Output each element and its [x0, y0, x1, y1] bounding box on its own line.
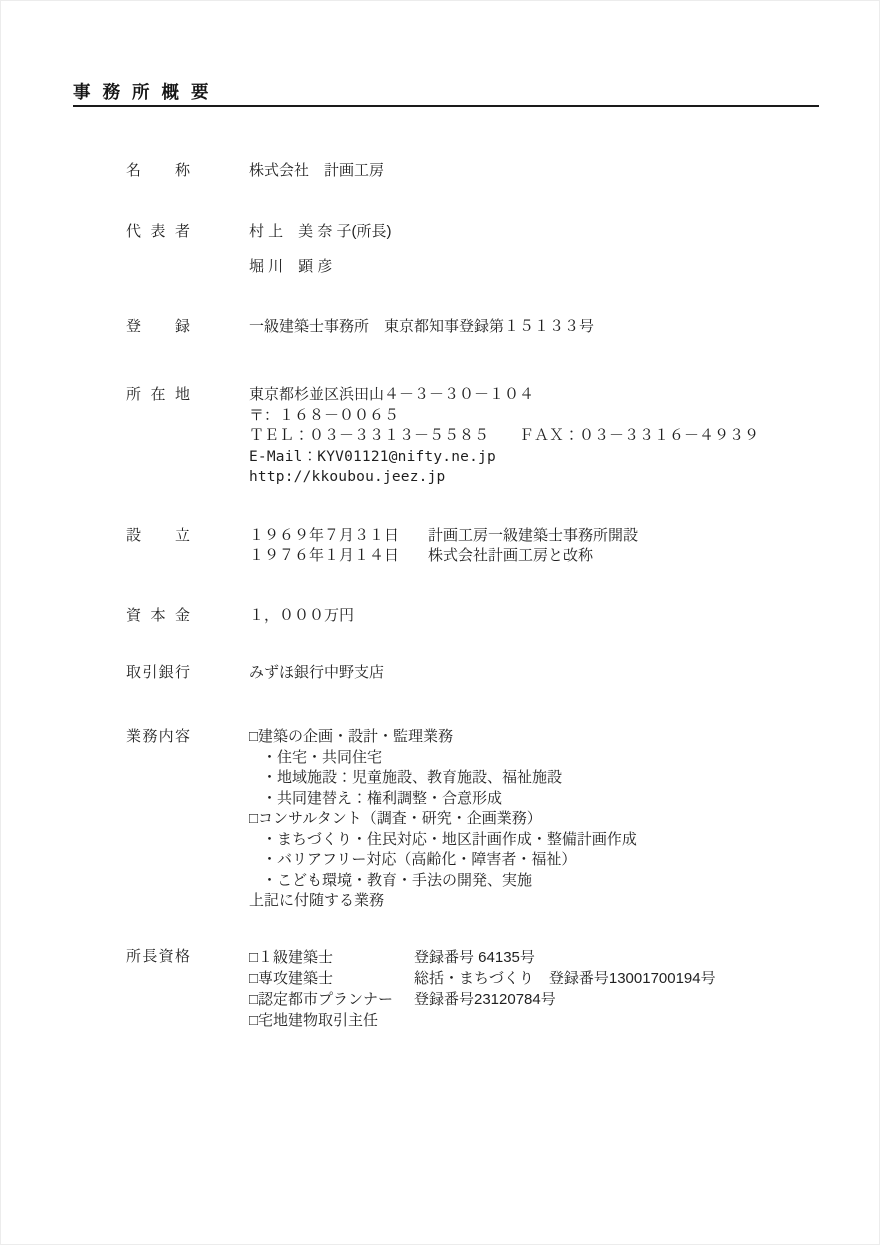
field-label-cell: 所長資格: [126, 947, 249, 967]
field-label: 登録: [126, 317, 190, 337]
address-street: 東京都杉並区浜田山４－３－３０－１０４: [249, 385, 879, 406]
field-label-cell: 所在地: [126, 385, 249, 405]
field-value-cell: １，０００万円: [249, 606, 879, 626]
representative-name-2: 堀 川 顕 彦: [249, 257, 879, 277]
address-website-url: http://kkoubou.jeez.jp: [249, 467, 879, 488]
representative-name-1: 村 上 美 奈 子(所長): [249, 222, 879, 242]
field-value-cell: 村 上 美 奈 子(所長) 堀 川 顕 彦: [249, 222, 879, 277]
section-established: 設立 １９６９年７月３１日 計画工房一級建築士事務所開設 １９７６年１月１４日 …: [1, 526, 879, 566]
section-qualifications: 所長資格 □１級建築士 登録番号 64135号 □専攻建築士 総括・まちづくり …: [1, 947, 879, 1031]
bank-value: みずほ銀行中野支店: [249, 663, 879, 683]
field-label: 代表者: [126, 222, 190, 242]
address-postal-code: 〒：１６８－００６５: [249, 406, 879, 427]
page-title: 事務所概要: [73, 82, 221, 102]
field-label-cell: 名称: [126, 161, 249, 181]
qualification-row: □認定都市プランナー 登録番号23120784号: [249, 989, 879, 1010]
field-value-cell: 株式会社 計画工房: [249, 161, 879, 181]
field-label-cell: 取引銀行: [126, 663, 249, 683]
service-item: □コンサルタント（調査・研究・企画業務）: [249, 809, 879, 830]
qualification-detail: 登録番号 64135号: [414, 947, 879, 968]
service-item: 上記に付随する業務: [249, 891, 879, 912]
field-label-cell: 資本金: [126, 606, 249, 626]
service-item: ・地域施設：児童施設、教育施設、福祉施設: [249, 768, 879, 789]
qualification-title: □専攻建築士: [249, 968, 414, 989]
document-page: 事務所概要 名称 株式会社 計画工房 代表者 村 上 美 奈 子(所長) 堀 川…: [0, 0, 880, 1245]
address-tel-fax: ＴＥＬ：０３－３３１３－５５８５ ＦＡＸ：０３－３３１６－４９３９: [249, 426, 879, 447]
capital-value: １，０００万円: [249, 606, 879, 626]
field-label: 資本金: [126, 606, 190, 626]
field-value-cell: 東京都杉並区浜田山４－３－３０－１０４ 〒：１６８－００６５ ＴＥＬ：０３－３３…: [249, 385, 879, 488]
established-event: 計画工房一級建築士事務所開設: [428, 526, 879, 546]
field-label: 所在地: [126, 385, 190, 405]
field-label-cell: 代表者: [126, 222, 249, 242]
service-item: ・共同建替え：権利調整・合意形成: [249, 789, 879, 810]
service-item: ・まちづくり・住民対応・地区計画作成・整備計画作成: [249, 830, 879, 851]
qualification-row: □専攻建築士 総括・まちづくり 登録番号13001700194号: [249, 968, 879, 989]
field-value-cell: １９６９年７月３１日 計画工房一級建築士事務所開設 １９７６年１月１４日 株式会…: [249, 526, 879, 566]
field-value-cell: みずほ銀行中野支店: [249, 663, 879, 683]
service-item: □建築の企画・設計・監理業務: [249, 727, 879, 748]
company-name-value: 株式会社 計画工房: [249, 161, 879, 181]
qualification-detail: 登録番号23120784号: [414, 989, 879, 1010]
qualification-title: □認定都市プランナー: [249, 989, 414, 1010]
field-label: 名称: [126, 161, 190, 181]
qualification-detail: [414, 1010, 879, 1031]
qualification-row: □宅地建物取引主任: [249, 1010, 879, 1031]
qualification-title: □宅地建物取引主任: [249, 1010, 414, 1031]
established-row: １９６９年７月３１日 計画工房一級建築士事務所開設: [249, 526, 879, 546]
field-label: 取引銀行: [126, 663, 190, 683]
field-label-cell: 登録: [126, 317, 249, 337]
registration-value: 一級建築士事務所 東京都知事登録第１５１３３号: [249, 317, 879, 337]
field-label: 所長資格: [126, 947, 190, 967]
section-bank: 取引銀行 みずほ銀行中野支店: [1, 663, 879, 683]
service-item: ・バリアフリー対応（高齢化・障害者・福祉）: [249, 850, 879, 871]
document-header: 事務所概要: [73, 83, 819, 107]
established-date: １９６９年７月３１日: [249, 526, 428, 546]
service-item: ・住宅・共同住宅: [249, 748, 879, 769]
section-services: 業務内容 □建築の企画・設計・監理業務 ・住宅・共同住宅 ・地域施設：児童施設、…: [1, 727, 879, 912]
section-representative: 代表者 村 上 美 奈 子(所長) 堀 川 顕 彦: [1, 222, 879, 277]
field-label: 設立: [126, 526, 190, 546]
qualification-detail: 総括・まちづくり 登録番号13001700194号: [414, 968, 879, 989]
section-company-name: 名称 株式会社 計画工房: [1, 161, 879, 181]
section-capital: 資本金 １，０００万円: [1, 606, 879, 626]
section-registration: 登録 一級建築士事務所 東京都知事登録第１５１３３号: [1, 317, 879, 337]
qualification-row: □１級建築士 登録番号 64135号: [249, 947, 879, 968]
service-item: ・こども環境・教育・手法の開発、実施: [249, 871, 879, 892]
established-date: １９７６年１月１４日: [249, 546, 428, 566]
established-event: 株式会社計画工房と改称: [428, 546, 879, 566]
section-address: 所在地 東京都杉並区浜田山４－３－３０－１０４ 〒：１６８－００６５ ＴＥＬ：０…: [1, 385, 879, 488]
address-email: E-Mail：KYV01121@nifty.ne.jp: [249, 447, 879, 468]
field-value-cell: □１級建築士 登録番号 64135号 □専攻建築士 総括・まちづくり 登録番号1…: [249, 947, 879, 1031]
field-label-cell: 業務内容: [126, 727, 249, 747]
established-row: １９７６年１月１４日 株式会社計画工房と改称: [249, 546, 879, 566]
qualification-title: □１級建築士: [249, 947, 414, 968]
field-value-cell: □建築の企画・設計・監理業務 ・住宅・共同住宅 ・地域施設：児童施設、教育施設、…: [249, 727, 879, 912]
field-value-cell: 一級建築士事務所 東京都知事登録第１５１３３号: [249, 317, 879, 337]
field-label: 業務内容: [126, 727, 190, 747]
field-label-cell: 設立: [126, 526, 249, 546]
